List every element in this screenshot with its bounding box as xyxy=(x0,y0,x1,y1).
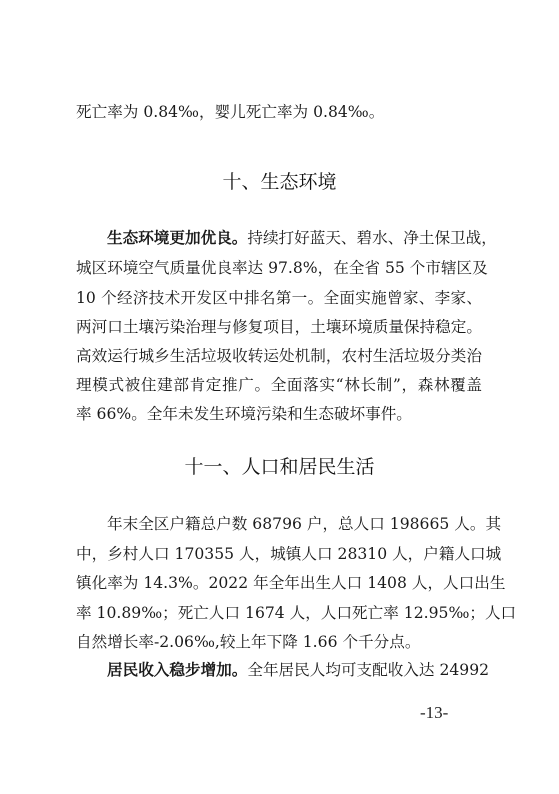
paragraph-text: 持续打好蓝天、碧水、净土保卫战， xyxy=(247,229,497,247)
paragraph-line: 自然增长率-2.06‰,较上年下降 1.66 个千分点。 xyxy=(76,632,482,652)
paragraph-line: 高效运行城乡生活垃圾收转运处机制，农村生活垃圾分类治 xyxy=(76,346,482,366)
paragraph-line: 10 个经济技术开发区中排名第一。全面实施曾家、李家、 xyxy=(76,288,482,308)
paragraph-lead-ecology: 生态环境更加优良。 xyxy=(107,228,247,247)
paragraph-line: 率 10.89‰；死亡人口 1674 人，人口死亡率 12.95‰；人口 xyxy=(76,603,482,623)
paragraph-line: 中，乡村人口 170355 人，城镇人口 28310 人，户籍人口城 xyxy=(76,544,482,564)
page-number: -13- xyxy=(420,703,448,723)
paragraph-line: 两河口土壤污染治理与修复项目，土壤环境质量保持稳定。 xyxy=(76,317,482,337)
paragraph-line: 生态环境更加优良。持续打好蓝天、碧水、净土保卫战， xyxy=(107,228,482,248)
paragraph-line: 镇化率为 14.3%。2022 年全年出生人口 1408 人，人口出生 xyxy=(76,573,482,593)
section-heading-ecology: 十、生态环境 xyxy=(0,170,559,194)
paragraph-line: 居民收入稳步增加。全年居民人均可支配收入达 24992 xyxy=(107,660,482,680)
paragraph-fragment-top: 死亡率为 0.84‰，婴儿死亡率为 0.84‰。 xyxy=(76,102,482,122)
paragraph-lead-income: 居民收入稳步增加。 xyxy=(107,660,247,679)
paragraph-line: 城区环境空气质量优良率达 97.8%，在全省 55 个市辖区及 xyxy=(76,258,482,278)
paragraph-line: 率 66%。全年未发生环境污染和生态破坏事件。 xyxy=(76,404,482,424)
paragraph-line: 年末全区户籍总户数 68796 户，总人口 198665 人。其 xyxy=(107,514,482,534)
paragraph-text: 全年居民人均可支配收入达 24992 xyxy=(247,661,489,679)
section-heading-population: 十一、人口和居民生活 xyxy=(0,455,559,479)
paragraph-line: 理模式被住建部肯定推广。全面落实“林长制”，森林覆盖 xyxy=(76,375,482,395)
